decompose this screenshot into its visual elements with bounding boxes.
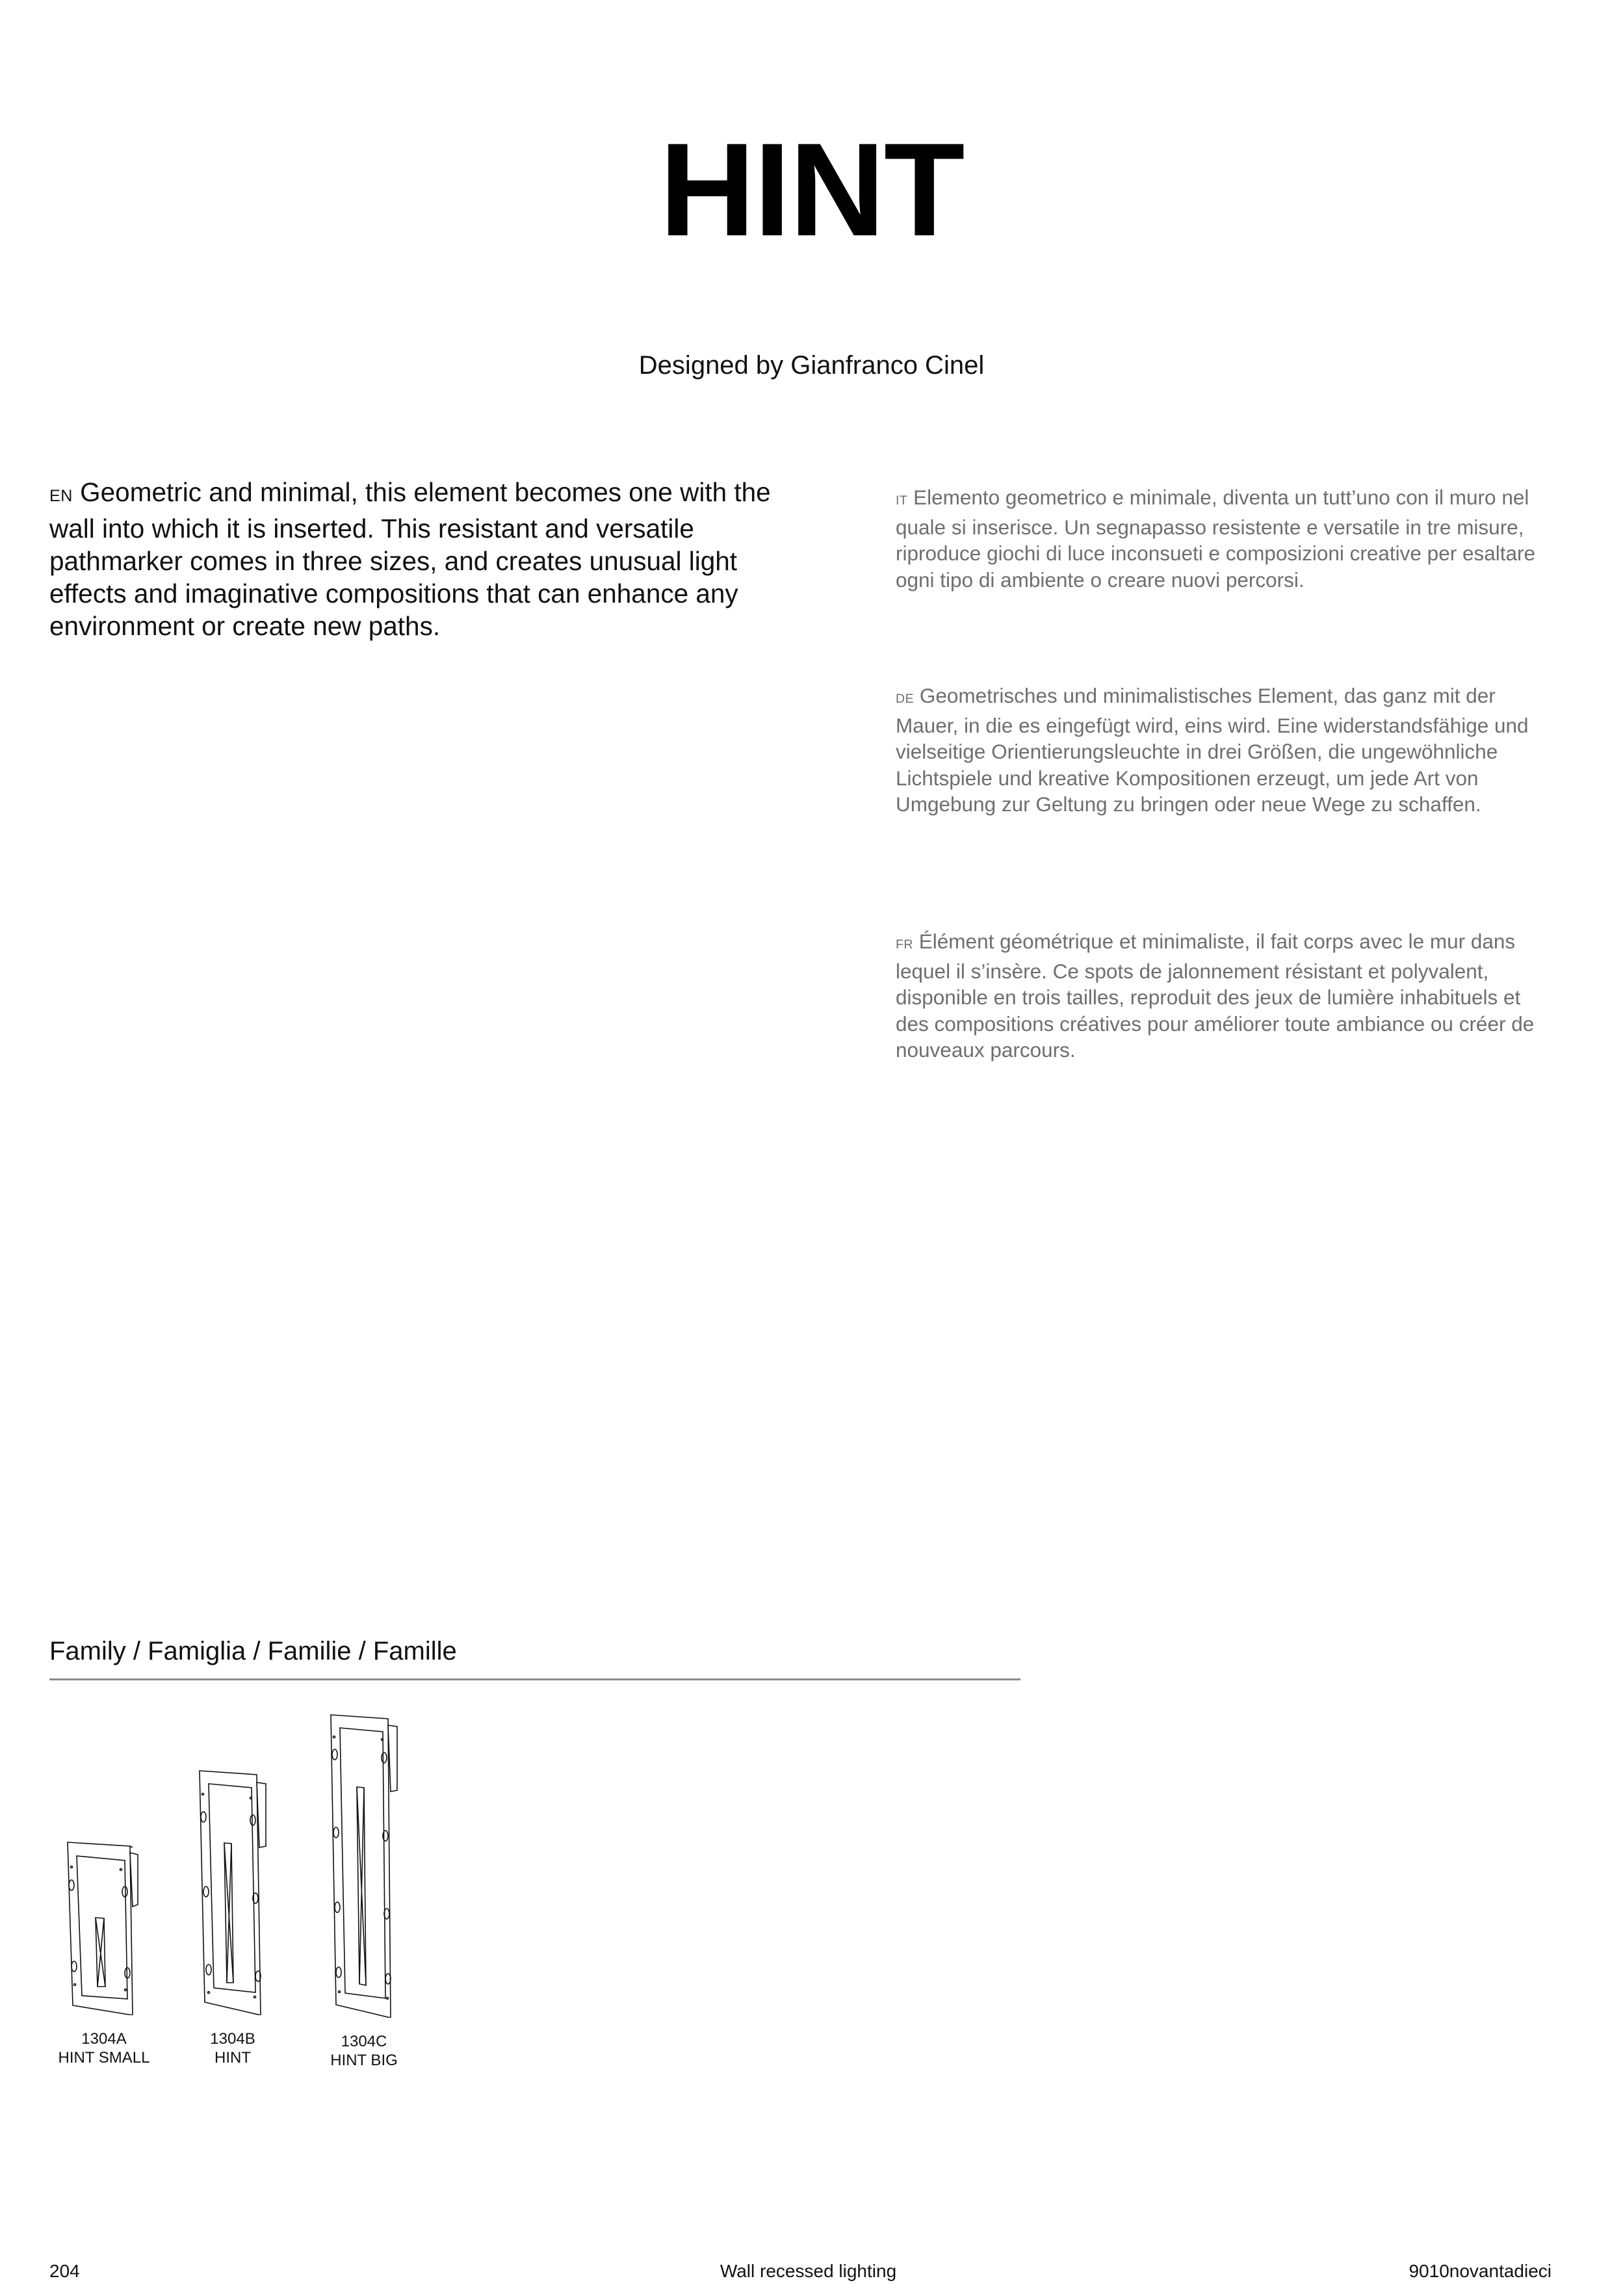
product-code: 1304B [168,2029,298,2048]
wall-light-big-drawing-icon [328,1712,400,2018]
family-divider [49,1678,1020,1680]
description-it: IT Elemento geometrico e minimale, diven… [896,484,1552,593]
description-fr: FR Élément géométrique et minimaliste, i… [896,928,1552,1063]
product-code: 1304A [39,2029,169,2048]
product-name: HINT SMALL [39,2048,169,2067]
brand-name: 9010novantadieci [1409,2261,1552,2282]
description-fr-text: Élément géométrique et minimaliste, il f… [896,930,1534,1062]
wall-light-medium-drawing-icon [197,1768,268,2015]
description-en-text: Geometric and minimal, this element beco… [49,477,771,641]
description-de: DE Geometrisches und minimalistisches El… [896,683,1552,818]
family-heading: Family / Famiglia / Familie / Famille [49,1637,457,1666]
product-name: HINT BIG [299,2051,429,2070]
description-en: EN Geometric and minimal, this element b… [49,476,777,642]
designer-credit: Designed by Gianfranco Cinel [0,351,1623,380]
product-name: HINT [168,2048,298,2067]
product-title: HINT [0,124,1623,256]
product-1304a: 1304A HINT SMALL [39,1840,169,2067]
language-code-it: IT [896,493,907,508]
description-de-text: Geometrisches und minimalistisches Eleme… [896,684,1529,816]
description-it-text: Elemento geometrico e minimale, diventa … [896,486,1535,592]
language-code-en: EN [49,487,73,505]
product-1304c: 1304C HINT BIG [299,1712,429,2070]
section-name: Wall recessed lighting [0,2261,1620,2282]
product-1304b: 1304B HINT [168,1768,298,2067]
language-code-de: DE [896,692,914,706]
language-code-fr: FR [896,937,913,952]
product-code: 1304C [299,2032,429,2051]
wall-light-small-drawing-icon [65,1840,143,2015]
